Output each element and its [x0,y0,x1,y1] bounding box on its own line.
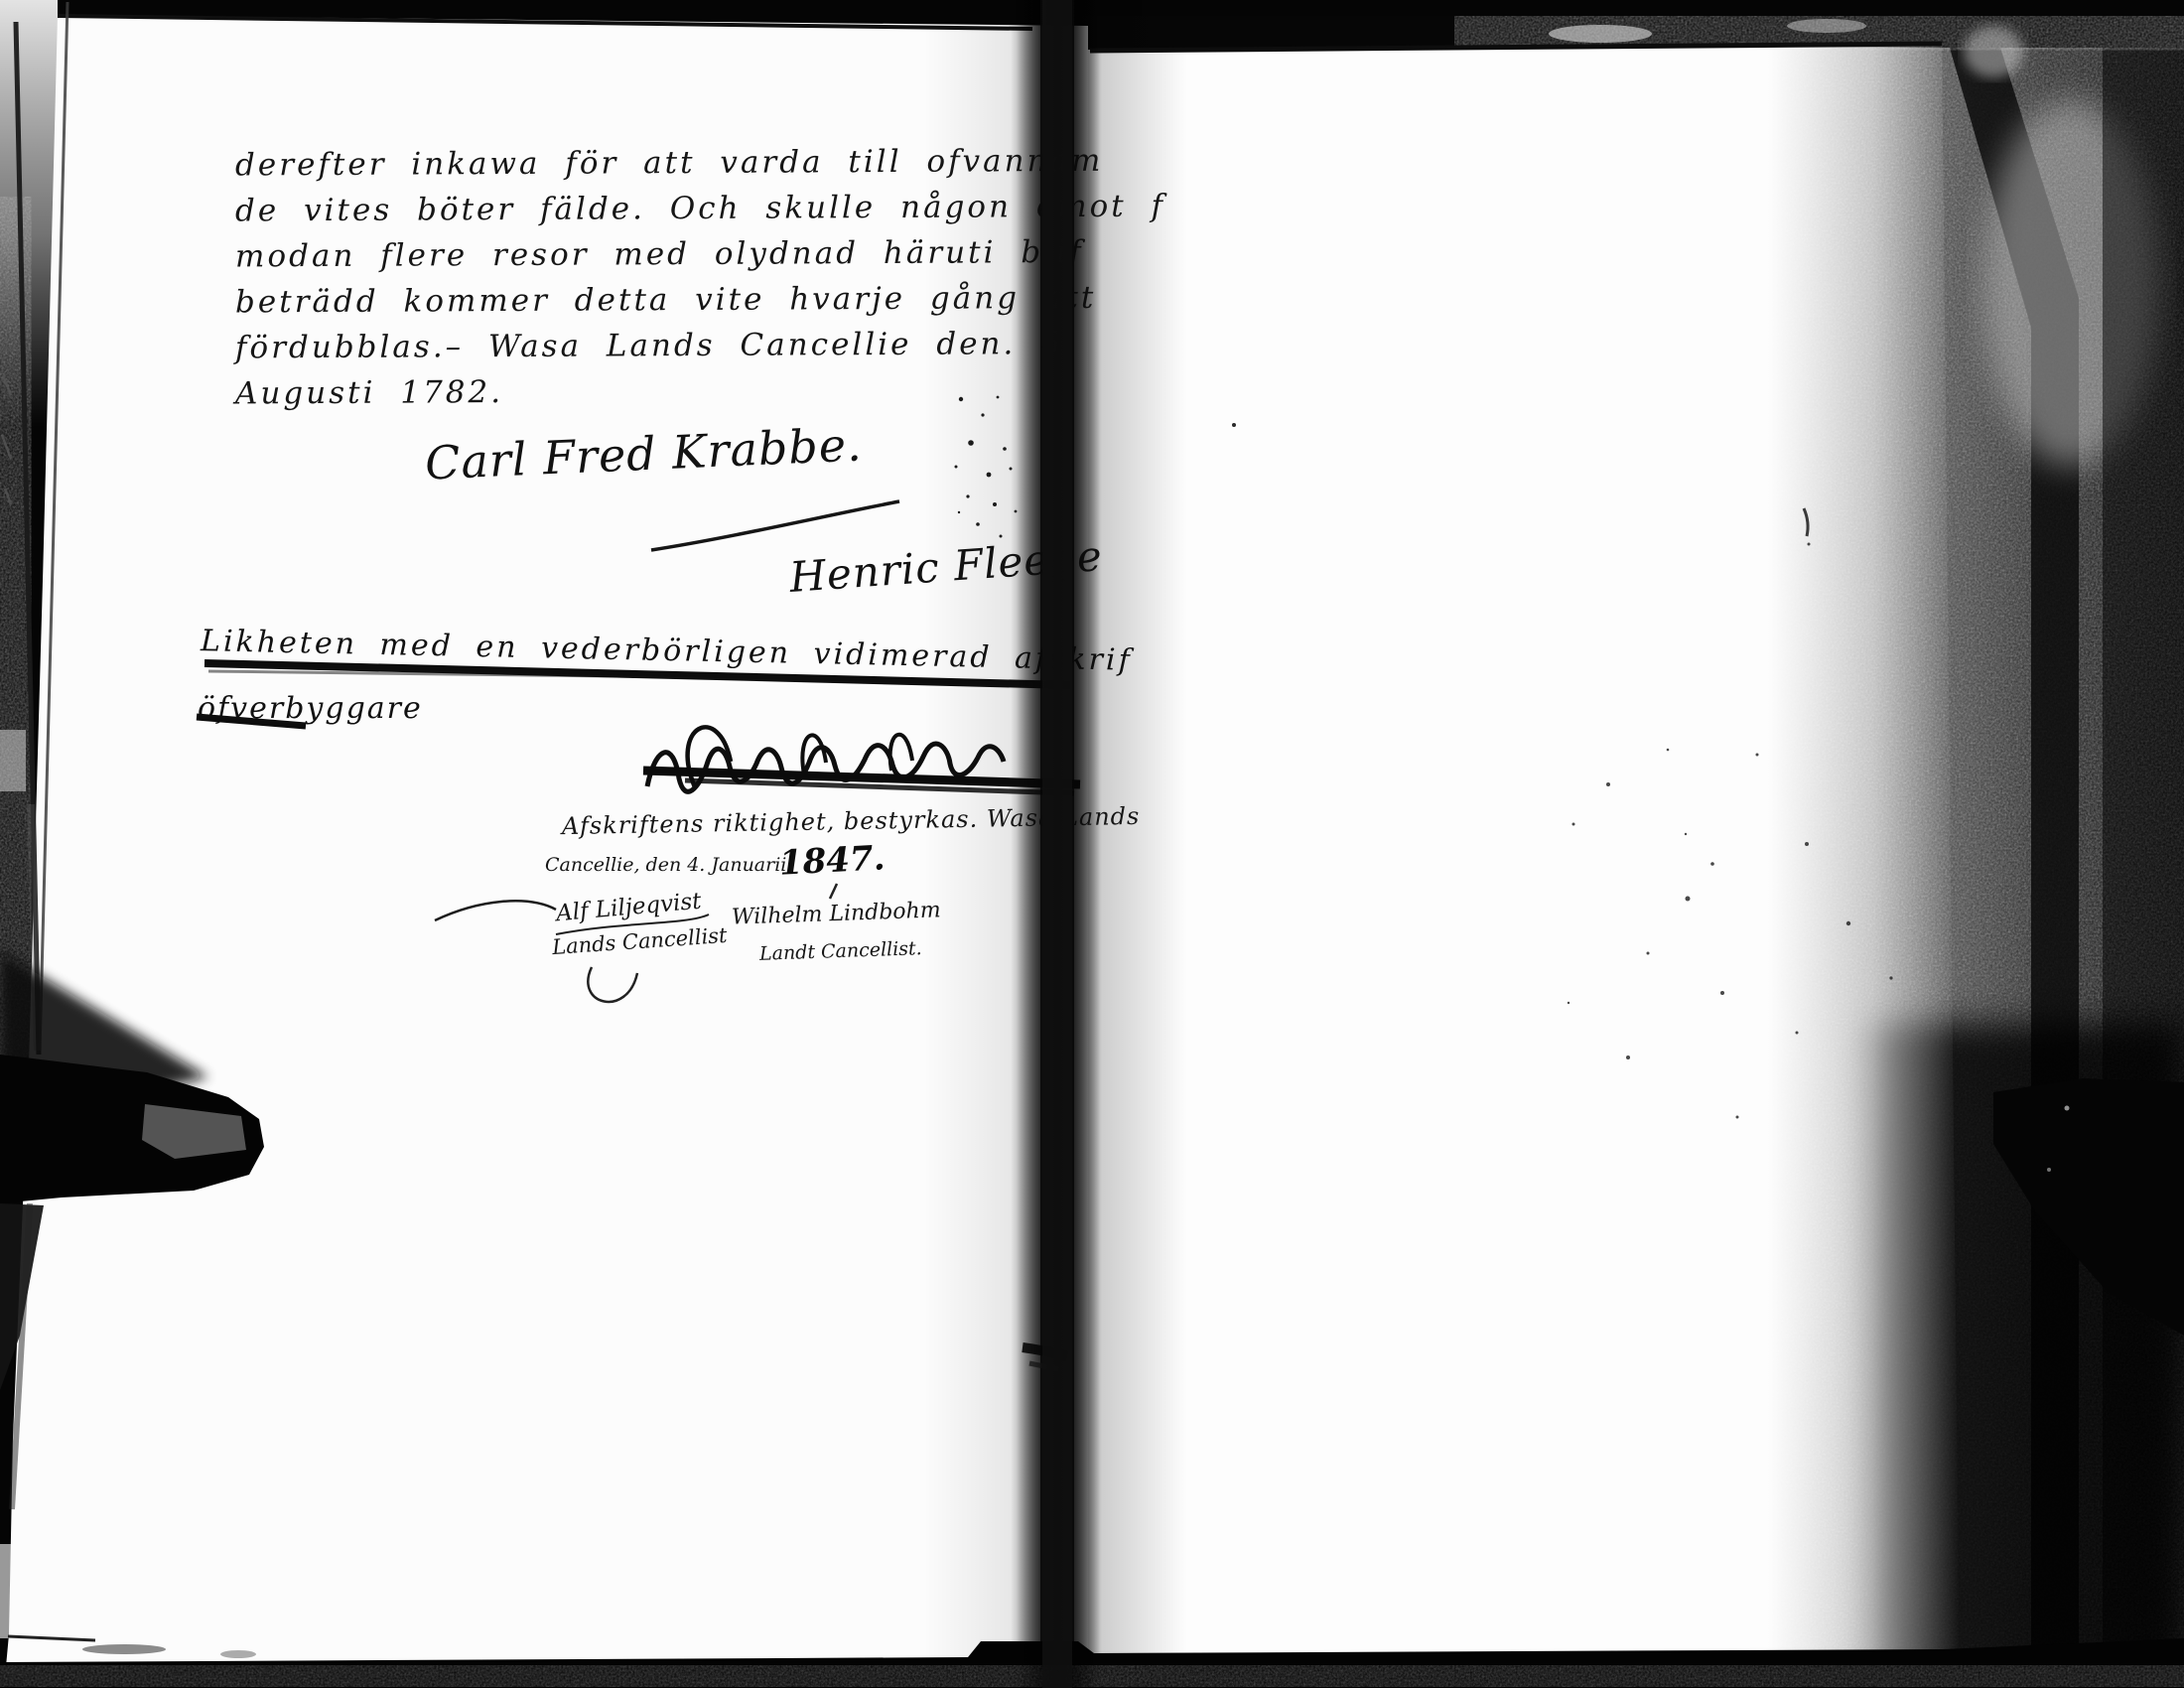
handwriting-line-4: beträdd kommer detta vite hvarje gång at… [235,275,1165,326]
handwriting-line-5: fördubblas.– Wasa Lands Cancellie den. 6… [235,321,1165,371]
clerk-title-right: Landt Cancellist. [759,937,922,965]
handwriting-line-6: Augusti 1782. [235,366,1165,417]
handwriting-line-2: de vites böter fälde. Och skulle någon e… [235,184,1165,234]
struck-line-1: Likheten med en vederbörligen vidimerad … [201,624,1133,678]
clerk-signature-left: Alf Liljeqvist [555,889,702,927]
scanned-book-spread: derefter inkawa för att varda till ofvan… [0,0,2184,1688]
clerk-title-left: Lands Cancellist [551,923,728,959]
struck-line-2: öfverbyggare [198,691,423,726]
handwriting-layer: derefter inkawa för att varda till ofvan… [0,0,2184,1688]
handwriting-line-3: modan flere resor med olydnad häruti bli… [235,229,1165,280]
clerk-signature-right: Wilhelm Lindbohm [732,898,941,929]
handwriting-paragraph: derefter inkawa för att varda till ofvan… [235,140,1165,414]
signature-carl-fred-krabbe: Carl Fred Krabbe. [424,417,864,490]
handwriting-line-1: derefter inkawa för att varda till ofvan… [235,138,1165,189]
attestation-line-1: Afskriftens riktighet, bestyrkas. Wasa L… [562,802,1141,840]
attestation-line-2: Cancellie, den 4. Januarii [545,854,786,876]
attestation-year: 1847. [778,838,886,884]
signature-henric-fleege: Henric Fleege [788,531,1105,602]
